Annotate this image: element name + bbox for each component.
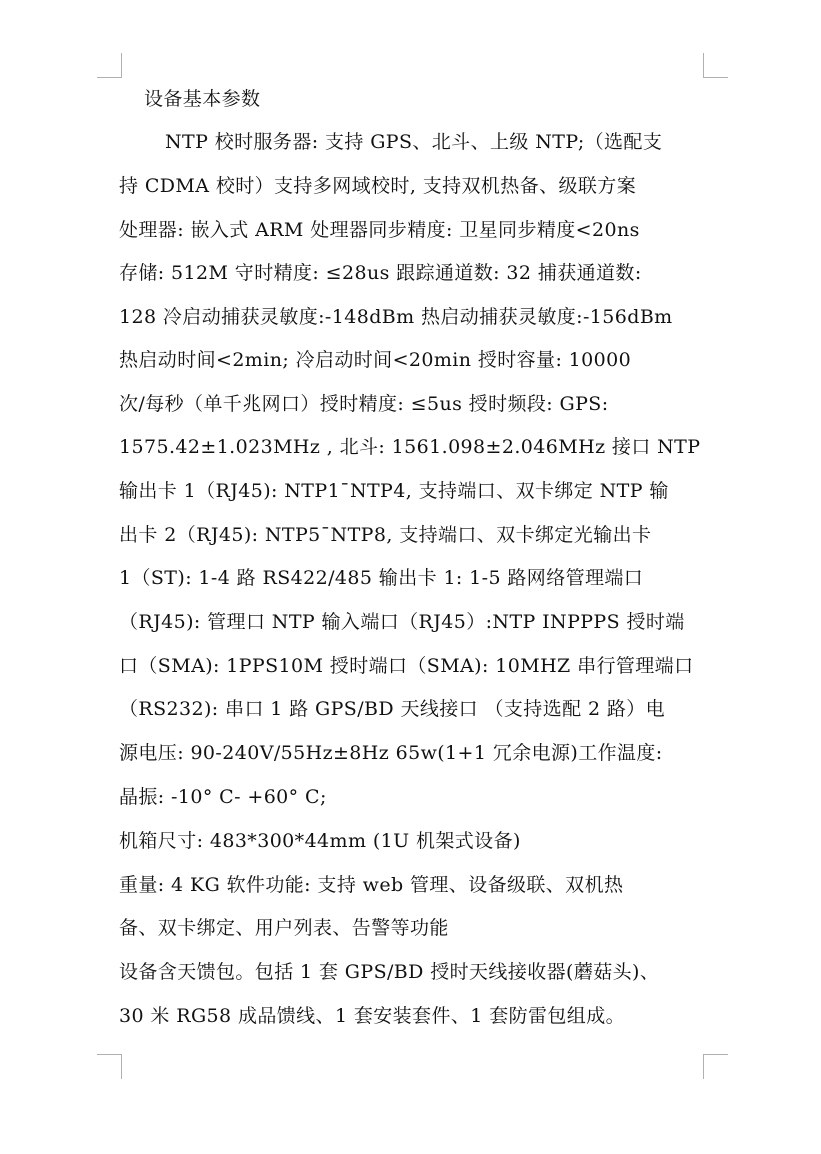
text-line: 30 米 RG58 成品馈线、1 套安装套件、1 套防雷包组成。	[119, 1004, 625, 1028]
text-line: 1575.42±1.023MHz , 北斗: 1561.098±2.046MHz…	[119, 435, 700, 459]
text-line: 处理器: 嵌入式 ARM 处理器同步精度: 卫星同步精度<20ns	[119, 218, 640, 242]
text-line: 存储: 512M 守时精度: ≤28us 跟踪通道数: 32 捕获通道数:	[119, 261, 642, 285]
corner-mark-bottom-left	[97, 1054, 122, 1079]
text-line: （RS232): 串口 1 路 GPS/BD 天线接口 （支持选配 2 路）电	[119, 697, 665, 721]
text-line: 晶振: -10° C- +60° C;	[119, 785, 327, 809]
text-line: 1（ST): 1-4 路 RS422/485 输出卡 1: 1-5 路网络管理端…	[119, 566, 643, 590]
text-line: 设备含天馈包。包括 1 套 GPS/BD 授时天线接收器(蘑菇头)、	[119, 960, 659, 984]
text-line: 输出卡 1（RJ45): NTP1¯NTP4, 支持端口、双卡绑定 NTP 输	[119, 479, 669, 503]
text-line: 热启动时间<2min; 冷启动时间<20min 授时容量: 10000	[119, 348, 631, 372]
text-line: 重量: 4 KG 软件功能: 支持 web 管理、设备级联、双机热	[119, 873, 623, 897]
corner-mark-bottom-right	[703, 1054, 728, 1079]
text-line: 出卡 2（RJ45): NTP5¯NTP8, 支持端口、双卡绑定光输出卡	[119, 523, 651, 547]
text-line: 次/每秒（单千兆网口）授时精度: ≤5us 授时频段: GPS:	[119, 392, 609, 416]
text-line: 口（SMA): 1PPS10M 授时端口（SMA): 10MHZ 串行管理端口	[119, 654, 693, 678]
section-title: 设备基本参数	[144, 87, 260, 111]
text-line: 128 冷启动捕获灵敏度:-148dBm 热启动捕获灵敏度:-156dBm	[119, 305, 673, 329]
text-line: 备、双卡绑定、用户列表、告警等功能	[119, 916, 449, 940]
corner-mark-top-left	[97, 53, 122, 78]
text-line: 持 CDMA 校时）支持多网域校时, 支持双机热备、级联方案	[119, 174, 636, 198]
text-line: NTP 校时服务器: 支持 GPS、北斗、上级 NTP;（选配支	[165, 130, 662, 154]
text-line: 机箱尺寸: 483*300*44mm (1U 机架式设备)	[119, 829, 521, 853]
text-line: （RJ45): 管理口 NTP 输入端口（RJ45）:NTP INPPPS 授时…	[119, 610, 685, 634]
text-line: 源电压: 90-240V/55Hz±8Hz 65w(1+1 冗余电源)工作温度:	[119, 741, 663, 765]
corner-mark-top-right	[703, 53, 728, 78]
